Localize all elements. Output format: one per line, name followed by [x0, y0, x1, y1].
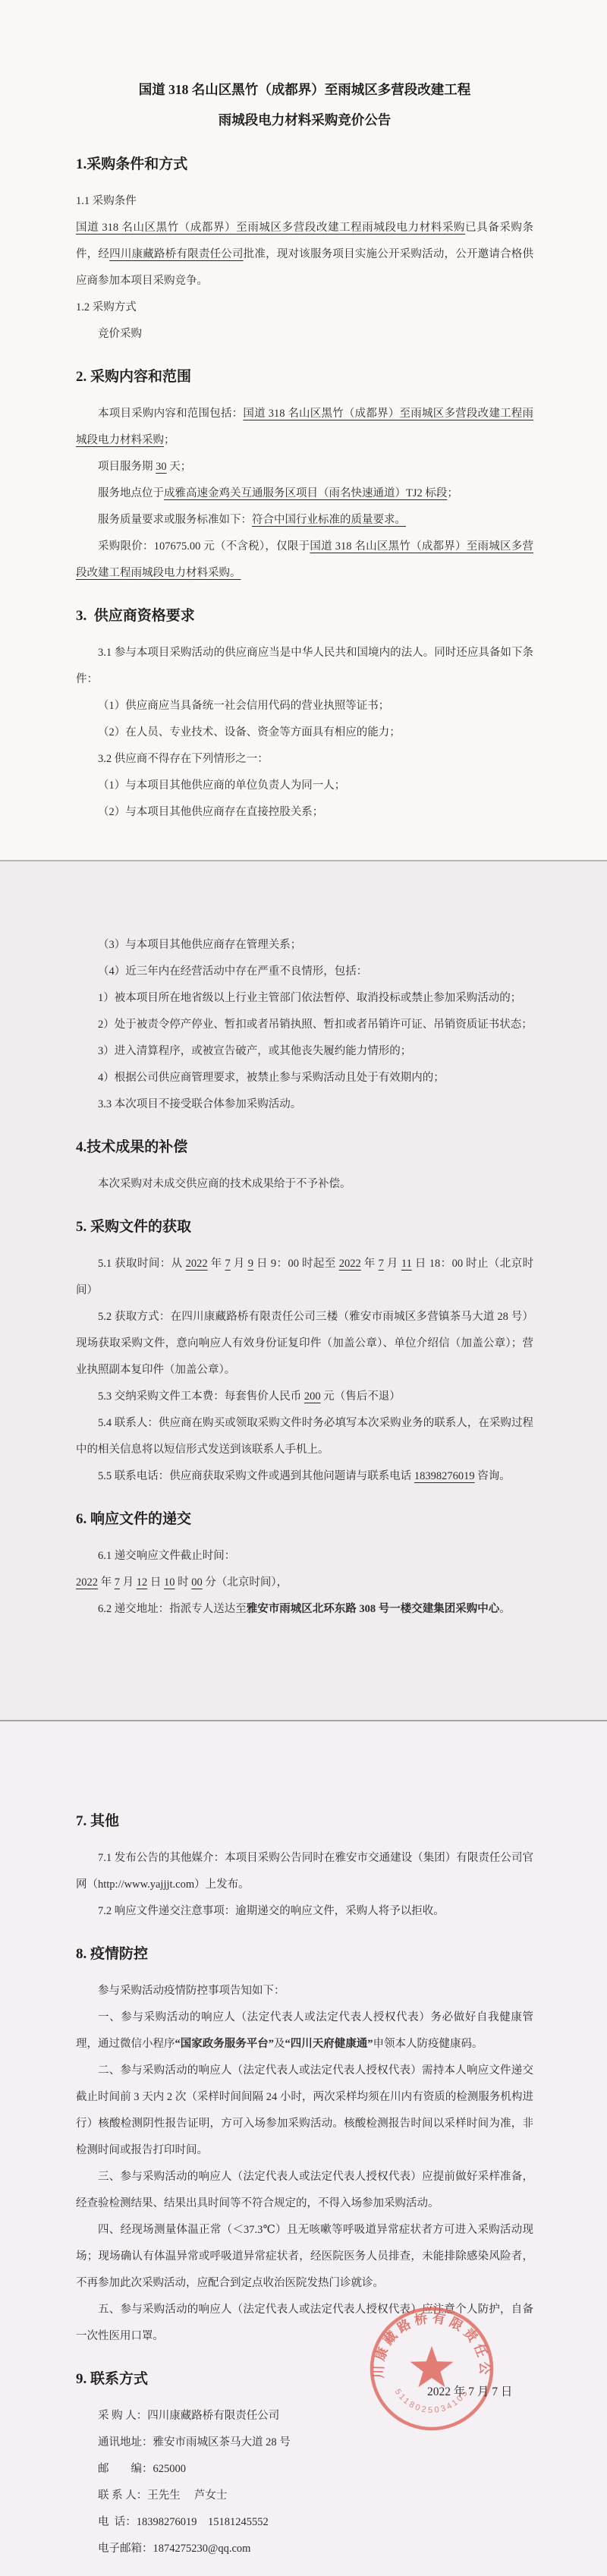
paragraph: 3.1 参与本项目采购活动的供应商应当是中华人民共和国境内的法人。同时还应具备如… — [76, 640, 533, 693]
section-heading: 3. 供应商资格要求 — [76, 603, 533, 629]
text-segment: 国道 318 名山区黑竹（成都界）至雨城区多营段改建工程 — [139, 82, 471, 97]
paragraph: 5.5 联系电话：供应商获取采购文件或遇到其他问题请与联系电话 18398276… — [76, 1463, 533, 1490]
text-segment: 5.4 联系人：供应商在购买或领取采购文件时务必填写本次采购业务的联系人，在采购… — [76, 1417, 533, 1456]
paragraph: 服务质量要求或服务标准如下：符合中国行业标准的质量要求。 — [76, 507, 533, 534]
text-segment: 1.采购条件和方式 — [76, 156, 187, 172]
underlined-text: 2022 — [76, 1576, 98, 1589]
text-segment: 本次采购对未成交供应商的技术成果给于不予补偿。 — [98, 1178, 351, 1190]
text-segment: 5. 采购文件的获取 — [76, 1219, 191, 1235]
text-segment: 年 — [361, 1258, 379, 1270]
text-segment: 3. 供应商资格要求 — [76, 608, 195, 624]
text-segment: 采购限价：107675.00 元（不含税），仅限于 — [98, 540, 310, 553]
underlined-text: 7 — [379, 1258, 384, 1270]
text-segment: （2）与本项目其他供应商存在直接控股关系； — [98, 806, 323, 818]
underlined-text: 2022 — [339, 1258, 361, 1270]
text-segment: 服务质量要求或服务标准如下： — [98, 514, 252, 526]
text-segment: 竞价采购 — [98, 328, 142, 340]
text-segment: 二、参与采购活动的响应人（法定代表人或法定代表人授权代表）需持本人响应文件递交截… — [76, 2064, 533, 2156]
paragraph: 一、参与采购活动的响应人（法定代表人或法定代表人授权代表）务必做好自我健康管理，… — [76, 2004, 533, 2058]
text-segment: 月 — [231, 1258, 248, 1270]
underlined-text: 国道 318 名山区黑竹（成都界）至雨城区多营段改建工程雨城段电力材料采购 — [76, 222, 465, 234]
text-segment: （4）近三年内在经营活动中存在严重不良情形，包括： — [98, 965, 367, 978]
paragraph: （1）与本项目其他供应商的单位负责人为同一人； — [76, 773, 533, 799]
text-segment: 3.3 本次项目不接受联合体参加采购活动。 — [98, 1098, 301, 1110]
paragraph: 2022 年 7 月 12 日 10 时 00 分（北京时间）， — [76, 1570, 533, 1596]
bold-text: 雅安市雨城区北环东路 308 号一楼交建集团采购中心 — [247, 1603, 500, 1615]
paragraph: 三、参与采购活动的响应人（法定代表人或法定代表人授权代表）应提前做好采样准备，经… — [76, 2164, 533, 2217]
underlined-text: 7 — [115, 1576, 120, 1589]
text-segment: 项目服务期 — [98, 461, 156, 473]
text-segment: 雨城段电力材料采购竞价公告 — [219, 112, 392, 128]
text-segment: 6. 响应文件的递交 — [76, 1511, 191, 1527]
section-heading: 5. 采购文件的获取 — [76, 1214, 533, 1240]
text-segment: 1.1 采购条件 — [76, 195, 137, 207]
paragraph: 参与采购活动疫情防控事项告知如下： — [76, 1978, 533, 2004]
document-page-1: 国道 318 名山区黑竹（成都界）至雨城区多营段改建工程雨城段电力材料采购竞价公… — [0, 0, 607, 860]
bold-text: “四川天府健康通” — [285, 2038, 373, 2050]
paragraph: 5.3 交纳采购文件工本费：每套售价人民币 200 元（售后不退） — [76, 1384, 533, 1410]
text-segment: 分（北京时间）， — [203, 1576, 288, 1589]
text-segment: 5.1 获取时间：从 — [98, 1258, 186, 1270]
text-segment: 2）处于被责令停产停业、暂扣或者吊销执照、暂扣或者吊销许可证、吊销资质证书状态； — [98, 1019, 533, 1031]
text-segment: （2）在人员、专业技术、设备、资金等方面具有相应的能力； — [98, 726, 401, 738]
text-segment: 咨询。 — [475, 1470, 511, 1482]
paragraph: （1）供应商应当具备统一社会信用代码的营业执照等证书； — [76, 693, 533, 720]
page-2-content: （3）与本项目其他供应商存在管理关系；（4）近三年内在经营活动中存在严重不良情形… — [0, 861, 607, 1623]
paragraph: 1）被本项目所在地省级以上行业主管部门依法暂停、取消投标或禁止参加采购活动的； — [76, 985, 533, 1012]
doc-title-line: 雨城段电力材料采购竞价公告 — [76, 105, 533, 135]
text-segment: ； — [164, 434, 175, 446]
contact-line: 邮 编：625000 — [76, 2456, 533, 2483]
text-segment: 年 — [208, 1258, 225, 1270]
paragraph: 2）处于被责令停产停业、暂扣或者吊销执照、暂扣或者吊销许可证、吊销资质证书状态； — [76, 1012, 533, 1038]
page-3-content: 7. 其他7.1 发布公告的其他媒介：本项目采购公告同时在雅安市交通建设（集团）… — [0, 1721, 607, 2562]
contact-line: 通讯地址：雅安市雨城区茶马大道 28 号 — [76, 2430, 533, 2456]
text-segment: 7. 其他 — [76, 1813, 119, 1829]
section-heading: 6. 响应文件的递交 — [76, 1506, 533, 1532]
underlined-text: 四川康藏路桥有限责任公司 — [109, 248, 244, 260]
underlined-text: 符合中国行业标准的质量要求。 — [252, 514, 406, 526]
text-segment: 元（售后不退） — [321, 1390, 401, 1403]
paragraph: 采购限价：107675.00 元（不含税），仅限于国道 318 名山区黑竹（成都… — [76, 534, 533, 587]
text-segment: 8. 疫情防控 — [76, 1946, 148, 1962]
paragraph: 3.3 本次项目不接受联合体参加采购活动。 — [76, 1091, 533, 1118]
section-heading: 2. 采购内容和范围 — [76, 364, 533, 390]
contact-line: 电 话：18398276019 15181245552 — [76, 2509, 533, 2536]
paragraph: 3.2 供应商不得存在下列情形之一： — [76, 746, 533, 773]
paragraph: 四、经现场测量体温正常（＜37.3℃）且无咳嗽等呼吸道异常症状者方可进入采购活动… — [76, 2217, 533, 2297]
paragraph: 5.2 获取方式：在四川康藏路桥有限责任公司三楼（雅安市雨城区多营镇茶马大道 2… — [76, 1304, 533, 1384]
text-segment: 电子邮箱：1874275230@qq.com — [98, 2543, 250, 2555]
paragraph: 竞价采购 — [76, 321, 533, 348]
text-segment: 联 系 人：王先生 芦女士 — [98, 2489, 227, 2502]
contact-line: 联 系 人：王先生 芦女士 — [76, 2483, 533, 2509]
underlined-text: 2022 — [186, 1258, 208, 1270]
paragraph: （2）与本项目其他供应商存在直接控股关系； — [76, 799, 533, 826]
text-segment: 参与采购活动疫情防控事项告知如下： — [98, 1985, 285, 1997]
text-segment: 年 — [98, 1576, 115, 1589]
text-segment: 9. 联系方式 — [76, 2371, 148, 2387]
text-segment: （3）与本项目其他供应商存在管理关系； — [98, 939, 301, 951]
paragraph: 二、参与采购活动的响应人（法定代表人或法定代表人授权代表）需持本人响应文件递交截… — [76, 2058, 533, 2164]
text-segment: 7.1 发布公告的其他媒介：本项目采购公告同时在雅安市交通建设（集团）有限责任公… — [76, 1852, 533, 1891]
text-segment: 6.1 递交响应文件截止时间： — [98, 1550, 235, 1562]
text-segment: ； — [447, 487, 458, 499]
document-page-2: （3）与本项目其他供应商存在管理关系；（4）近三年内在经营活动中存在严重不良情形… — [0, 860, 607, 1720]
text-segment: 4.技术成果的补偿 — [76, 1139, 187, 1155]
paragraph: 本项目采购内容和范围包括：国道 318 名山区黑竹（成都界）至雨城区多营段改建工… — [76, 401, 533, 454]
section-heading: 7. 其他 — [76, 1808, 533, 1834]
underlined-text: 18398276019 — [414, 1470, 475, 1482]
text-segment: 天； — [167, 461, 192, 473]
bold-text: “国家政务服务平台” — [175, 2038, 275, 2050]
text-segment: 日 — [147, 1576, 164, 1589]
section-heading: 4.技术成果的补偿 — [76, 1134, 533, 1160]
underlined-text: 30 — [156, 461, 167, 473]
paragraph: 1.1 采购条件 — [76, 188, 533, 215]
paragraph: （2）在人员、专业技术、设备、资金等方面具有相应的能力； — [76, 720, 533, 746]
text-segment: 月 — [120, 1576, 137, 1589]
text-segment: 5.2 获取方式：在四川康藏路桥有限责任公司三楼（雅安市雨城区多营镇茶马大道 2… — [76, 1311, 533, 1376]
paragraph: 6.1 递交响应文件截止时间： — [76, 1543, 533, 1570]
text-segment: 5.3 交纳采购文件工本费：每套售价人民币 — [98, 1390, 304, 1403]
underlined-text: 11 — [401, 1258, 412, 1270]
scanned-document: 国道 318 名山区黑竹（成都界）至雨城区多营段改建工程雨城段电力材料采购竞价公… — [0, 0, 607, 2576]
paragraph: 3）进入清算程序，或被宣告破产，或其他丧失履约能力情形的； — [76, 1038, 533, 1065]
text-segment: 邮 编：625000 — [98, 2463, 186, 2475]
paragraph: 4）根据公司供应商管理要求，被禁止参与采购活动且处于有效期内的； — [76, 1065, 533, 1091]
underlined-text: 成雅高速金鸡关互通服务区项目（雨名快速通道）TJ2 标段 — [164, 487, 447, 499]
text-segment: 1）被本项目所在地省级以上行业主管部门依法暂停、取消投标或禁止参加采购活动的； — [98, 992, 521, 1004]
paragraph: 5.4 联系人：供应商在购买或领取采购文件时务必填写本次采购业务的联系人，在采购… — [76, 1410, 533, 1463]
paragraph: （3）与本项目其他供应商存在管理关系； — [76, 932, 533, 959]
underlined-text: 10 — [164, 1576, 175, 1589]
text-segment: 7.2 响应文件递交注意事项：逾期递交的响应文件，采购人将予以拒收。 — [98, 1905, 445, 1917]
text-segment: 3.1 参与本项目采购活动的供应商应当是中华人民共和国境内的法人。同时还应具备如… — [76, 647, 533, 685]
text-segment: 6.2 递交地址：指派专人送达至 — [98, 1603, 247, 1615]
underlined-text: 7 — [225, 1258, 231, 1270]
paragraph: 服务地点位于成雅高速金鸡关互通服务区项目（雨名快速通道）TJ2 标段； — [76, 480, 533, 507]
paragraph: 1.2 采购方式 — [76, 294, 533, 321]
paragraph: 7.1 发布公告的其他媒介：本项目采购公告同时在雅安市交通建设（集团）有限责任公… — [76, 1845, 533, 1898]
underlined-text: 00 — [191, 1576, 203, 1589]
text-segment: 电 话：18398276019 15181245552 — [98, 2516, 269, 2528]
contact-line: 电子邮箱：1874275230@qq.com — [76, 2536, 533, 2562]
paragraph: 7.2 响应文件递交注意事项：逾期递交的响应文件，采购人将予以拒收。 — [76, 1898, 533, 1925]
text-segment: 2. 采购内容和范围 — [76, 369, 191, 385]
text-segment: 日 9：00 时起至 — [253, 1258, 339, 1270]
underlined-text: 200 — [304, 1390, 321, 1403]
doc-title-line: 国道 318 名山区黑竹（成都界）至雨城区多营段改建工程 — [76, 74, 533, 105]
text-segment: （1）供应商应当具备统一社会信用代码的营业执照等证书； — [98, 700, 389, 712]
paragraph: 本次采购对未成交供应商的技术成果给于不予补偿。 — [76, 1171, 533, 1198]
text-segment: 。 — [499, 1603, 511, 1615]
contact-line: 采 购 人：四川康藏路桥有限责任公司 — [76, 2403, 533, 2430]
text-segment: 采 购 人：四川康藏路桥有限责任公司 — [98, 2410, 279, 2422]
text-segment: 5.5 联系电话：供应商获取采购文件或遇到其他问题请与联系电话 — [98, 1470, 414, 1482]
text-segment: 3.2 供应商不得存在下列情形之一： — [98, 753, 269, 765]
paragraph: 五、参与采购活动的响应人（法定代表人或法定代表人授权代表）应注意个人防护，自备一… — [76, 2297, 533, 2350]
text-segment: 本项目采购内容和范围包括： — [98, 408, 243, 420]
document-page-3: 7. 其他7.1 发布公告的其他媒介：本项目采购公告同时在雅安市交通建设（集团）… — [0, 1720, 607, 2576]
text-segment: 通讯地址：雅安市雨城区茶马大道 28 号 — [98, 2436, 291, 2448]
paragraph: （4）近三年内在经营活动中存在严重不良情形，包括： — [76, 959, 533, 985]
section-heading: 1.采购条件和方式 — [76, 151, 533, 178]
text-segment: 服务地点位于 — [98, 487, 164, 499]
underlined-text: 9 — [248, 1258, 253, 1270]
text-segment: 五、参与采购活动的响应人（法定代表人或法定代表人授权代表）应注意个人防护，自备一… — [76, 2304, 533, 2342]
page-1-content: 国道 318 名山区黑竹（成都界）至雨城区多营段改建工程雨城段电力材料采购竞价公… — [0, 0, 607, 826]
text-segment: 1.2 采购方式 — [76, 301, 137, 313]
text-segment: 四、经现场测量体温正常（＜37.3℃）且无咳嗽等呼吸道异常症状者方可进入采购活动… — [76, 2224, 533, 2289]
text-segment: 时 — [175, 1576, 192, 1589]
section-heading: 8. 疫情防控 — [76, 1941, 533, 1967]
text-segment: 月 — [384, 1258, 401, 1270]
text-segment: （1）与本项目其他供应商的单位负责人为同一人； — [98, 779, 345, 792]
paragraph: 6.2 递交地址：指派专人送达至雅安市雨城区北环东路 308 号一楼交建集团采购… — [76, 1596, 533, 1623]
signature-date: 2022 年 7 月 7 日 — [427, 2382, 512, 2399]
text-segment: 三、参与采购活动的响应人（法定代表人或法定代表人授权代表）应提前做好采样准备，经… — [76, 2171, 533, 2209]
paragraph: 项目服务期 30 天； — [76, 454, 533, 480]
text-segment: 申领本人防疫健康码。 — [373, 2038, 483, 2050]
underlined-text: 12 — [137, 1576, 148, 1589]
text-segment: 4）根据公司供应商管理要求，被禁止参与采购活动且处于有效期内的； — [98, 1072, 445, 1084]
text-segment: 3）进入清算程序，或被宣告破产，或其他丧失履约能力情形的； — [98, 1045, 411, 1057]
paragraph: 国道 318 名山区黑竹（成都界）至雨城区多营段改建工程雨城段电力材料采购已具备… — [76, 215, 533, 294]
paragraph: 5.1 获取时间：从 2022 年 7 月 9 日 9：00 时起至 2022 … — [76, 1251, 533, 1304]
text-segment: 及 — [274, 2038, 285, 2050]
